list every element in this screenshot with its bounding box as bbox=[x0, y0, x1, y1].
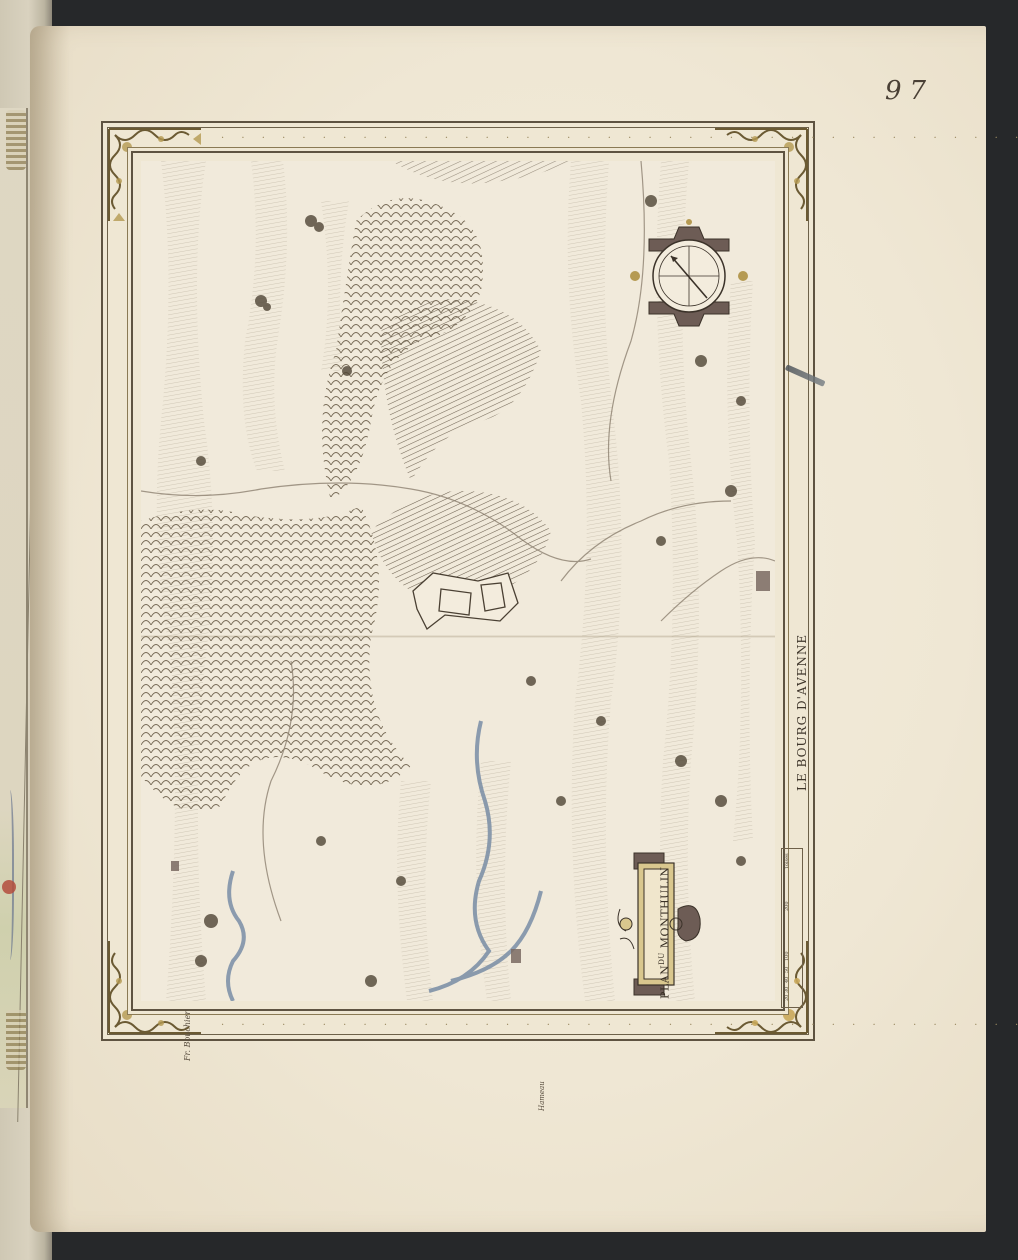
page-fold-crease bbox=[141, 635, 775, 638]
town-label: LE BOURG D'AVENNE bbox=[795, 634, 809, 791]
verso-river bbox=[4, 790, 14, 960]
title-cartouche: PLANDU MONTHULIN bbox=[616, 849, 716, 999]
map-sheet: · · · · · · · · · · · · · · · · · · · · … bbox=[101, 121, 815, 1041]
signature-label: Fr. Bouchier bbox=[183, 1011, 192, 1061]
scan-viewer: 97 · · · · · · · · · · · · · · · · · · ·… bbox=[0, 0, 1018, 1260]
village-buildings bbox=[511, 949, 521, 963]
folio-number: 97 bbox=[885, 76, 934, 106]
scale-bar: Toises 200 100 50 40 30 20 bbox=[781, 848, 803, 1008]
verso-ornament-top bbox=[6, 110, 26, 170]
compass-rose bbox=[629, 214, 749, 339]
recto-page: 97 · · · · · · · · · · · · · · · · · · ·… bbox=[30, 26, 986, 1232]
border-dots-bottom: · · · · · · · · · · · · · · · · · · · · … bbox=[221, 1020, 1018, 1031]
verso-ornament-bottom bbox=[6, 1010, 26, 1070]
map-title: PLANDU MONTHULIN bbox=[658, 866, 672, 999]
village-label: Hameau bbox=[538, 1081, 546, 1111]
verso-town-marker bbox=[2, 880, 16, 894]
fortress-plan bbox=[413, 573, 518, 629]
bourg-buildings bbox=[756, 571, 770, 591]
border-dots-top: · · · · · · · · · · · · · · · · · · · · … bbox=[221, 133, 1018, 144]
